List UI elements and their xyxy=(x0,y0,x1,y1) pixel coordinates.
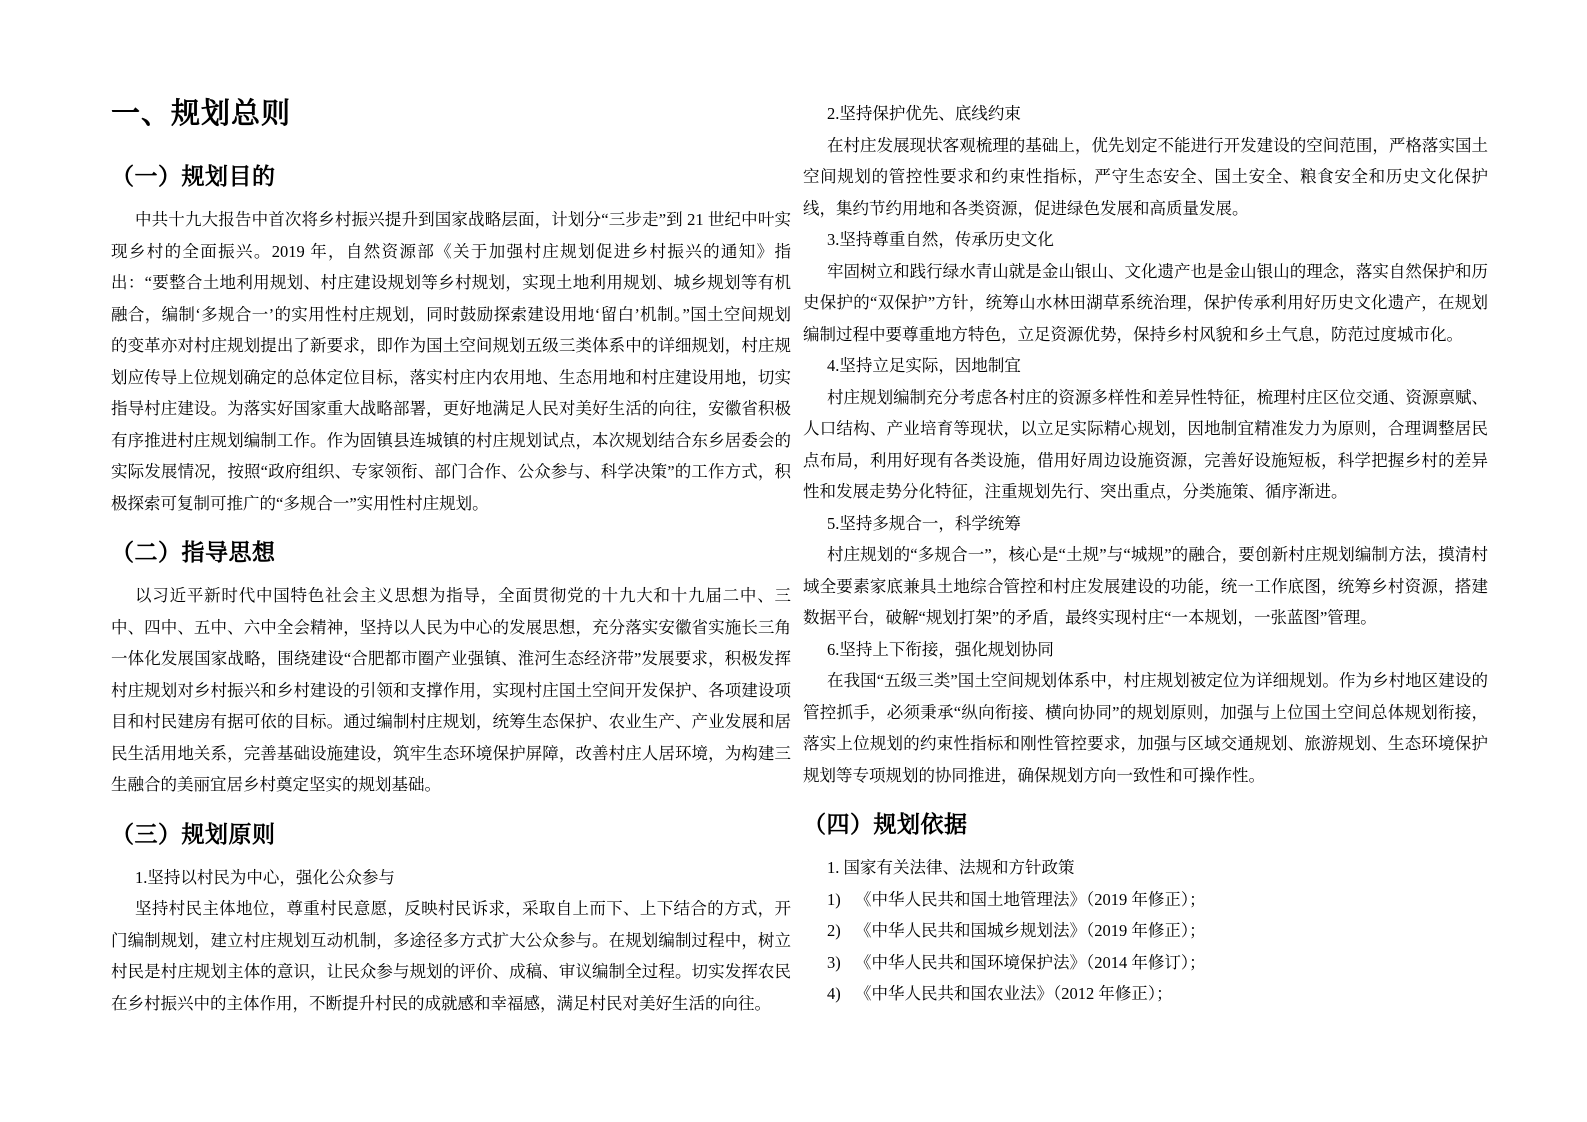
principle-4-body: 村庄规划编制充分考虑各村庄的资源多样性和差异性特征，梳理村庄区位交通、资源禀赋、… xyxy=(803,382,1488,508)
principle-3-title: 3.坚持尊重自然，传承历史文化 xyxy=(803,224,1488,256)
principle-1: 1.坚持以村民为中心，强化公众参与 坚持村民主体地位，尊重村民意愿，反映村民诉求… xyxy=(111,862,791,1020)
principle-1-body: 坚持村民主体地位，尊重村民意愿，反映村民诉求，采取自上而下、上下结合的方式，开门… xyxy=(111,893,791,1019)
section-4-subheading: 1. 国家有关法律、法规和方针政策 xyxy=(803,852,1488,884)
principle-5-title: 5.坚持多规合一，科学统筹 xyxy=(803,508,1488,540)
principle-4-title: 4.坚持立足实际，因地制宜 xyxy=(803,350,1488,382)
section-2-heading: （二）指导思想 xyxy=(111,537,791,567)
principle-2: 2.坚持保护优先、底线约束 在村庄发展现状客观梳理的基础上，优先划定不能进行开发… xyxy=(803,98,1488,224)
section-4-heading: （四）规划依据 xyxy=(803,809,1488,839)
law-item-1-text: 《中华人民共和国土地管理法》（2019 年修正）； xyxy=(855,890,1206,909)
principle-3: 3.坚持尊重自然，传承历史文化 牢固树立和践行绿水青山就是金山银山、文化遗产也是… xyxy=(803,224,1488,350)
principle-6: 6.坚持上下衔接，强化规划协同 在我国“五级三类”国土空间规划体系中，村庄规划被… xyxy=(803,634,1488,792)
law-item-3-number: 3) xyxy=(827,947,855,979)
section-1-paragraph: 中共十九大报告中首次将乡村振兴提升到国家战略层面，计划分“三步走”到 21 世纪… xyxy=(111,204,791,519)
law-item-2: 2)《中华人民共和国城乡规划法》（2019 年修正）； xyxy=(803,915,1488,947)
principle-1-title: 1.坚持以村民为中心，强化公众参与 xyxy=(111,862,791,894)
section-3-heading: （三）规划原则 xyxy=(111,819,791,849)
section-1-heading: （一）规划目的 xyxy=(111,161,791,191)
principle-3-body: 牢固树立和践行绿水青山就是金山银山、文化遗产也是金山银山的理念，落实自然保护和历… xyxy=(803,256,1488,351)
left-column: 一、规划总则 （一）规划目的 中共十九大报告中首次将乡村振兴提升到国家战略层面，… xyxy=(111,96,791,1019)
right-column: 2.坚持保护优先、底线约束 在村庄发展现状客观梳理的基础上，优先划定不能进行开发… xyxy=(803,98,1488,1010)
law-item-1-number: 1) xyxy=(827,884,855,916)
law-item-4-text: 《中华人民共和国农业法》（2012 年修正）； xyxy=(855,984,1173,1003)
principle-5-body: 村庄规划的“多规合一”，核心是“土规”与“城规”的融合，要创新村庄规划编制方法，… xyxy=(803,539,1488,634)
law-item-1: 1)《中华人民共和国土地管理法》（2019 年修正）； xyxy=(803,884,1488,916)
law-item-3: 3)《中华人民共和国环境保护法》（2014 年修订）； xyxy=(803,947,1488,979)
law-item-4: 4)《中华人民共和国农业法》（2012 年修正）； xyxy=(803,978,1488,1010)
law-item-2-text: 《中华人民共和国城乡规划法》（2019 年修正）； xyxy=(855,921,1206,940)
principle-5: 5.坚持多规合一，科学统筹 村庄规划的“多规合一”，核心是“土规”与“城规”的融… xyxy=(803,508,1488,634)
law-item-4-number: 4) xyxy=(827,978,855,1010)
principle-2-title: 2.坚持保护优先、底线约束 xyxy=(803,98,1488,130)
law-item-3-text: 《中华人民共和国环境保护法》（2014 年修订）； xyxy=(855,953,1206,972)
principle-2-body: 在村庄发展现状客观梳理的基础上，优先划定不能进行开发建设的空间范围，严格落实国土… xyxy=(803,130,1488,225)
law-item-2-number: 2) xyxy=(827,915,855,947)
principle-4: 4.坚持立足实际，因地制宜 村庄规划编制充分考虑各村庄的资源多样性和差异性特征，… xyxy=(803,350,1488,508)
principle-6-body: 在我国“五级三类”国土空间规划体系中，村庄规划被定位为详细规划。作为乡村地区建设… xyxy=(803,665,1488,791)
document-title: 一、规划总则 xyxy=(111,96,791,133)
principle-6-title: 6.坚持上下衔接，强化规划协同 xyxy=(803,634,1488,666)
section-2-paragraph: 以习近平新时代中国特色社会主义思想为指导，全面贯彻党的十九大和十九届二中、三中、… xyxy=(111,580,791,801)
document-page: 一、规划总则 （一）规划目的 中共十九大报告中首次将乡村振兴提升到国家战略层面，… xyxy=(0,0,1587,1122)
